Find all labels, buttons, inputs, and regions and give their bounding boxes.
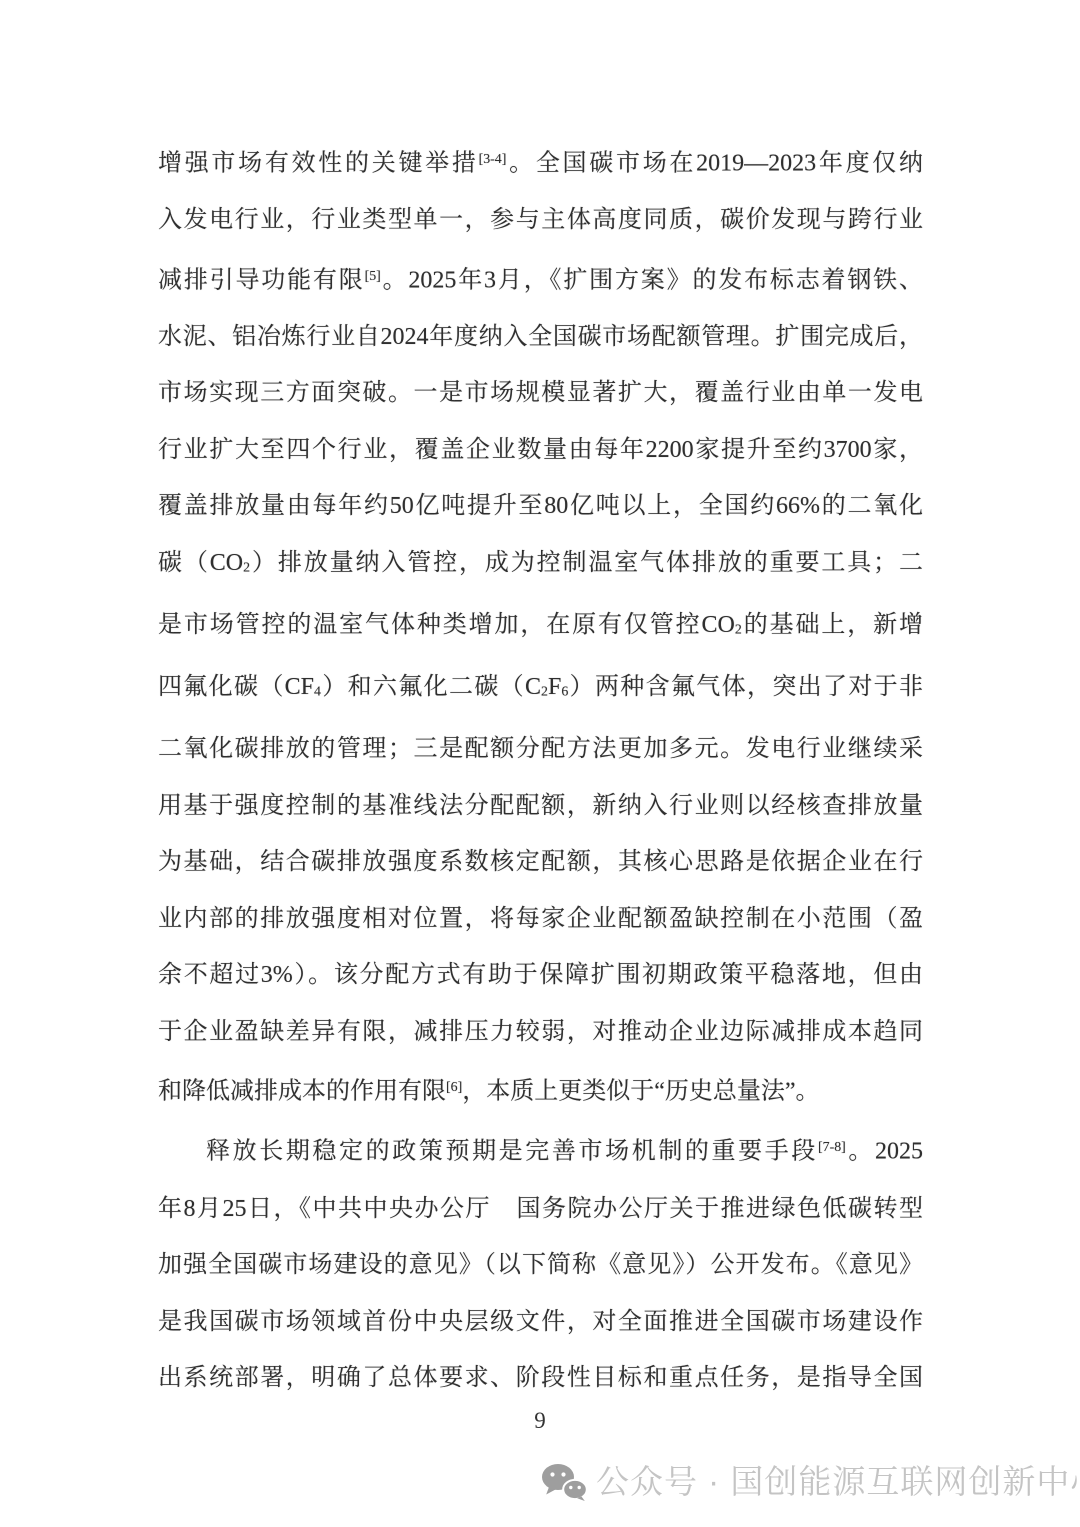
text-line: 水泥、铝冶炼行业自2024年度纳入全国碳市场配额管理。扩围完成后， bbox=[158, 309, 923, 366]
body-text: 增强市场有效性的关键举措[3-4]。全国碳市场在2019—2023年度仅纳入发电… bbox=[158, 132, 923, 1407]
text-line: 于企业盈缺差异有限，减排压力较弱，对推动企业边际减排成本趋同 bbox=[158, 1004, 923, 1061]
page-number: 9 bbox=[0, 1406, 1080, 1436]
text-line: 和降低减排成本的作用有限[6]，本质上更类似于“历史总量法”。 bbox=[158, 1060, 923, 1120]
text-line: 入发电行业，行业类型单一，参与主体高度同质，碳价发现与跨行业 bbox=[158, 192, 923, 249]
watermark-footer: 公众号 · 国创能源互联网创新中心 bbox=[541, 1462, 1080, 1502]
wechat-icon bbox=[541, 1463, 587, 1501]
text-line: 二氧化碳排放的管理；三是配额分配方法更加多元。发电行业继续采 bbox=[158, 721, 923, 778]
document-page: 增强市场有效性的关键举措[3-4]。全国碳市场在2019—2023年度仅纳入发电… bbox=[0, 0, 1080, 1527]
text-line: 余不超过3%）。该分配方式有助于保障扩围初期政策平稳落地，但由 bbox=[158, 947, 923, 1004]
chemical-subscript: 4 bbox=[314, 685, 321, 700]
text-line: 用基于强度控制的基准线法分配配额，新纳入行业则以经核查排放量 bbox=[158, 778, 923, 835]
citation-superscript: [7-8] bbox=[818, 1140, 846, 1155]
text-line: 覆盖排放量由每年约50亿吨提升至80亿吨以上，全国约66%的二氧化 bbox=[158, 478, 923, 535]
text-line: 释放长期稳定的政策预期是完善市场机制的重要手段[7-8]。2025 bbox=[158, 1120, 923, 1180]
text-line: 出系统部署，明确了总体要求、阶段性目标和重点任务，是指导全国 bbox=[158, 1350, 923, 1407]
text-line: 行业扩大至四个行业，覆盖企业数量由每年2200家提升至约3700家， bbox=[158, 422, 923, 479]
citation-superscript: [5] bbox=[365, 269, 381, 284]
watermark-text: 公众号 · 国创能源互联网创新中心 bbox=[596, 1462, 1080, 1502]
text-line: 年8月25日，《中共中央办公厅 国务院办公厅关于推进绿色低碳转型 bbox=[158, 1181, 923, 1238]
text-line: 市场实现三方面突破。一是市场规模显著扩大，覆盖行业由单一发电 bbox=[158, 365, 923, 422]
text-line: 业内部的排放强度相对位置，将每家企业配额盈缺控制在小范围（盈 bbox=[158, 891, 923, 948]
text-line: 为基础，结合碳排放强度系数核定配额，其核心思路是依据企业在行 bbox=[158, 834, 923, 891]
text-line: 四氟化碳（CF4）和六氟化二碳（C2F6）两种含氟气体，突出了对于非 bbox=[158, 659, 923, 721]
text-line: 减排引导功能有限[5]。2025年3月，《扩围方案》的发布标志着钢铁、 bbox=[158, 249, 923, 309]
text-line: 是市场管控的温室气体种类增加，在原有仅管控CO2的基础上，新增 bbox=[158, 597, 923, 659]
chemical-subscript: 2 bbox=[541, 685, 548, 700]
chemical-subscript: 6 bbox=[561, 685, 568, 700]
chemical-subscript: 2 bbox=[243, 560, 250, 575]
text-line: 增强市场有效性的关键举措[3-4]。全国碳市场在2019—2023年度仅纳 bbox=[158, 132, 923, 192]
citation-superscript: [3-4] bbox=[479, 152, 507, 167]
text-line: 碳（CO2）排放量纳入管控，成为控制温室气体排放的重要工具；二 bbox=[158, 535, 923, 597]
chemical-subscript: 2 bbox=[735, 623, 742, 638]
text-line: 是我国碳市场领域首份中央层级文件，对全面推进全国碳市场建设作 bbox=[158, 1294, 923, 1351]
text-line: 加强全国碳市场建设的意见》（以下简称《意见》）公开发布。《意见》 bbox=[158, 1237, 923, 1294]
citation-superscript: [6] bbox=[446, 1080, 462, 1095]
